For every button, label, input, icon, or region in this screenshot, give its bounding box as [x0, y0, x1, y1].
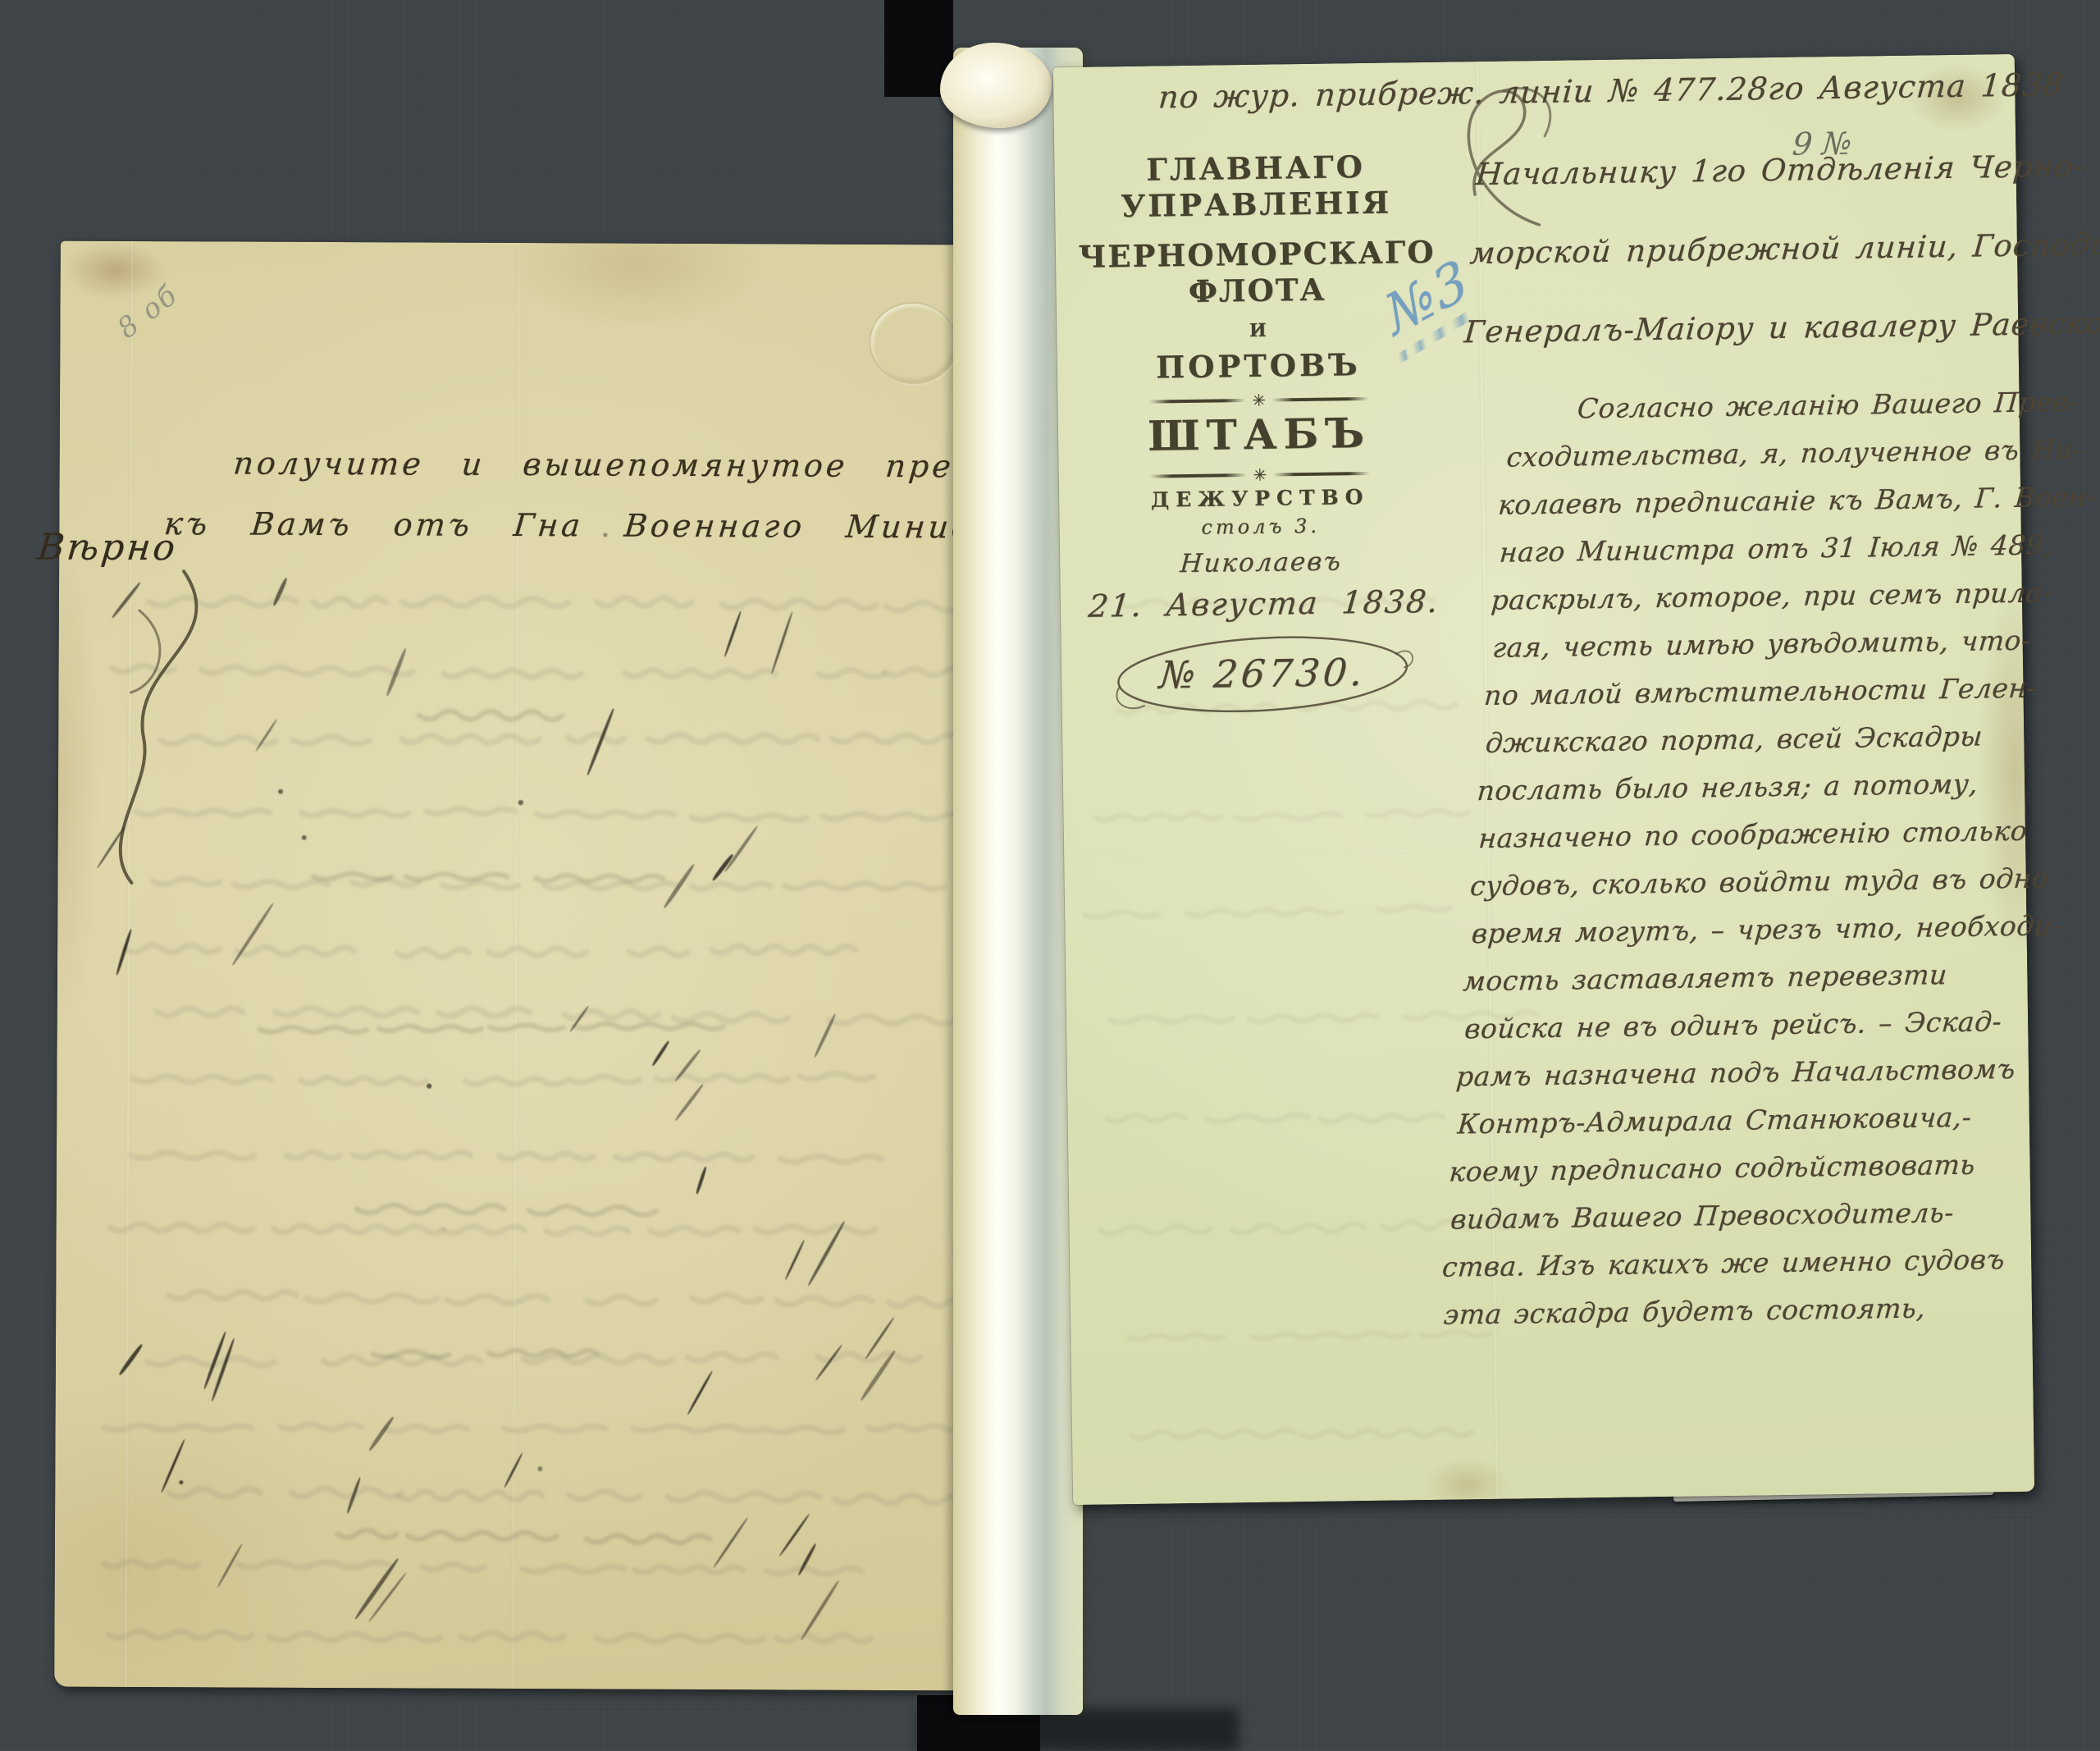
- letterhead-date: 21. Августа 1838.: [1064, 583, 1459, 624]
- letter-line: Согласно желанію Вашего Прев-: [1504, 377, 2100, 433]
- letter-line: время могутъ, – чрезъ что, необходи-: [1470, 902, 2071, 958]
- address-line: Генералъ-Маіору и кавалеру Раевскому: [1461, 284, 2100, 373]
- embossed-seal: [864, 296, 963, 390]
- letter-line: по малой вмѣстительности Гелен-: [1482, 664, 2084, 720]
- letterhead-line: ШТАБЪ: [1063, 407, 1456, 461]
- letter-line: сходительства, я, полученное въ Ни-: [1505, 425, 2100, 481]
- paper-curl: [940, 43, 1052, 128]
- letterhead-line: ПОРТОВЪ: [1062, 345, 1455, 386]
- address-line: морской прибрежной линіи, Господину: [1468, 204, 2100, 293]
- left-page-text-line: къ Вамъ отъ Гна Военнаго Министра.: [162, 505, 1065, 546]
- document-number: № 26730.: [1105, 649, 1421, 697]
- address-block: Начальнику 1го Отдѣленія Черно-морской п…: [1461, 126, 2100, 372]
- letter-line: мость заставляетъ перевезти: [1462, 949, 2063, 1005]
- letter-line: судовъ, сколько войдти туда въ одно: [1468, 854, 2070, 910]
- letterhead-number: № 26730.: [1106, 629, 1418, 719]
- letter-line: назначено по соображенію столько: [1477, 807, 2078, 862]
- letter-line: Контръ-Адмирала Станюковича,-: [1456, 1092, 2057, 1148]
- letter-line: колаевѣ предписаніе къ Вамъ, Г. Воен-: [1496, 473, 2098, 529]
- letterhead-ornament: ✳: [1064, 464, 1456, 486]
- pencil-note: 8 об: [112, 278, 185, 345]
- letter-line: раскрылъ, которое, при семъ прила-: [1490, 569, 2091, 624]
- letter-body: Согласно желанію Вашего Прев-сходительст…: [1442, 377, 2100, 1338]
- letterhead-place: Николаевъ: [1064, 545, 1459, 580]
- signature-flourish: [59, 561, 258, 907]
- letter-line: гая, честь имѣю увѣдомить, что-: [1491, 616, 2092, 672]
- ornament-rule: [1148, 399, 1245, 404]
- letter-line: ства. Изъ какихъ же именно судовъ: [1440, 1236, 2042, 1292]
- asterisk-ornament-icon: ✳: [1253, 467, 1267, 483]
- address-line: Начальнику 1го Отдѣленія Черно-: [1473, 126, 2100, 214]
- ornament-rule: [1273, 472, 1370, 477]
- letter-line: рамъ назначена подъ Начальствомъ: [1454, 1045, 2056, 1100]
- ornament-rule: [1272, 397, 1369, 402]
- date-note: 28го Августа 1838: [1726, 66, 2066, 107]
- asterisk-ornament-icon: ✳: [1252, 392, 1266, 409]
- right-page: по жур. прибреж. линіи № 477. 28го Авгус…: [1053, 54, 2034, 1505]
- letterhead-line: ГЛАВНАГО УПРАВЛЕНІЯ: [1059, 147, 1452, 225]
- letter-line: коему предписано содѣйствовать: [1448, 1140, 2049, 1196]
- register-note: по жур. прибреж. линіи № 477.: [1157, 71, 1728, 116]
- letterhead-line: столъ 3.: [1064, 512, 1456, 541]
- letter-line: эта эскадра будетъ состоять,: [1442, 1283, 2043, 1339]
- archival-document-scan: 8 об получите и вышепомянутое предписані…: [0, 0, 2100, 1751]
- left-page: 8 об получите и вышепомянутое предписані…: [54, 241, 973, 1691]
- letter-line: наго Министра отъ 31 Іюля № 489,: [1498, 521, 2099, 577]
- ornament-rule: [1149, 473, 1246, 478]
- letterhead-line: ДЕЖУРСТВО: [1064, 483, 1456, 513]
- letter-line: джикскаго порта, всей Эскадры: [1484, 711, 2085, 767]
- letter-line: войска не въ одинъ рейсъ. – Эскад-: [1463, 997, 2064, 1053]
- fold-crease: [123, 241, 135, 1687]
- letter-line: видамъ Вашего Превосходитель-: [1449, 1187, 2050, 1243]
- letter-line: послать было нельзя; а потому,: [1476, 759, 2077, 815]
- letterhead: ГЛАВНАГО УПРАВЛЕНІЯ ЧЕРНОМОРСКАГО ФЛОТА …: [1059, 147, 1459, 720]
